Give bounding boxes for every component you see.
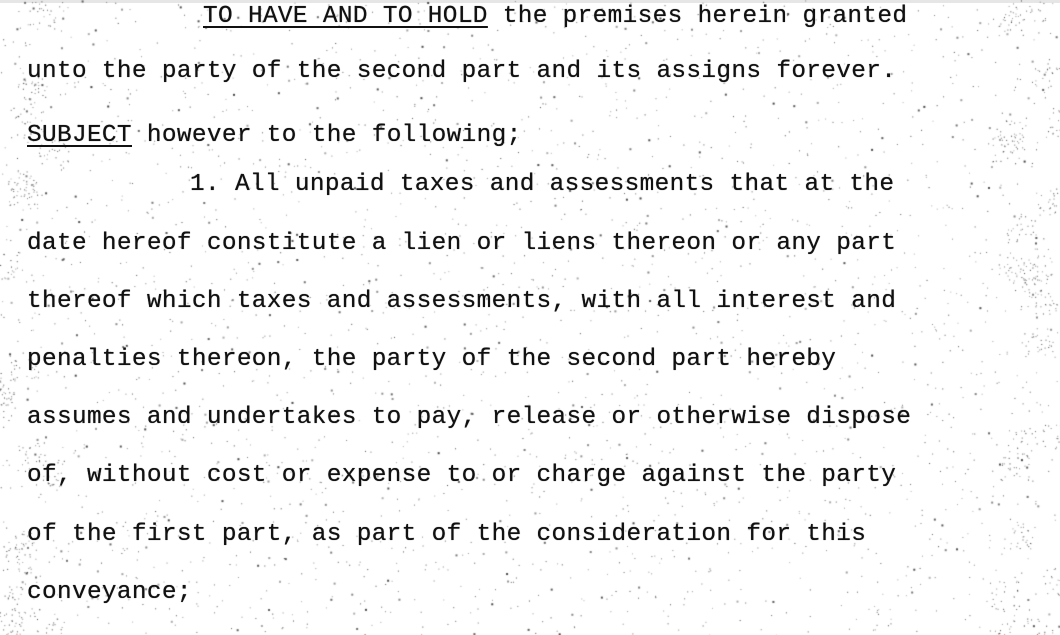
text-line: of the first part, as part of the consid…: [27, 520, 866, 550]
subject-clause-line: SUBJECT however to the following;: [27, 121, 522, 151]
text-line: of, without cost or expense to or charge…: [27, 461, 896, 491]
deed-page: TO HAVE AND TO HOLD the premises herein …: [0, 0, 1060, 635]
text-line: unto the party of the second part and it…: [27, 57, 896, 87]
habendum-heading: TO HAVE AND TO HOLD: [203, 3, 488, 30]
text-line: penalties thereon, the party of the seco…: [27, 345, 836, 375]
numbered-item-1: 1. All unpaid taxes and assessments that…: [190, 170, 894, 200]
text-line: date hereof constitute a lien or liens t…: [27, 229, 896, 259]
text-line: conveyance;: [27, 578, 192, 608]
text-line: assumes and undertakes to pay, release o…: [27, 403, 911, 433]
subject-heading: SUBJECT: [27, 122, 132, 149]
habendum-clause-line: TO HAVE AND TO HOLD the premises herein …: [203, 2, 907, 32]
text-line: thereof which taxes and assessments, wit…: [27, 287, 896, 317]
